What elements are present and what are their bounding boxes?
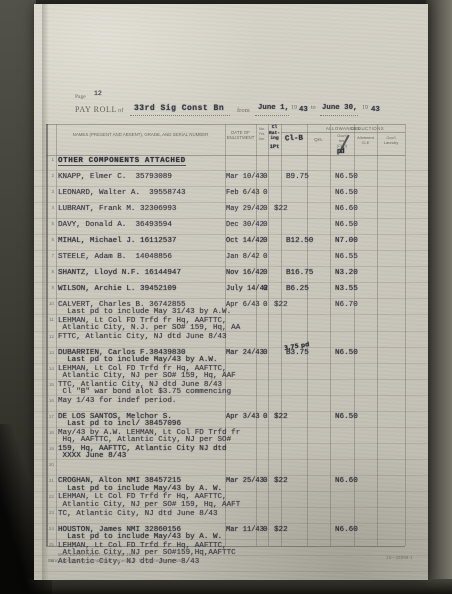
row-number: 5 — [35, 221, 54, 226]
table-row: 7 STEELE, Adam B. 14048856 Jan 8/42 0 N6… — [34, 251, 428, 267]
row-number: 22 — [35, 494, 54, 499]
row-text-line1: OTHER COMPONENTS ATTACHED — [58, 157, 186, 167]
unit-rule — [130, 114, 230, 116]
years-service: 0 — [263, 173, 268, 181]
row-text-line1: May 1/43 for indef period. — [58, 397, 176, 405]
row-text-line1: TC, Atlantic City, NJ dtd June 8/43 — [58, 510, 218, 518]
payroll-form-page: Page 12 PAY ROLL of 33rd Sig Const Bn fr… — [34, 4, 428, 580]
table-row: 1 OTHER COMPONENTS ATTACHED — [34, 155, 428, 171]
enlistment-date: Apr 6/43 — [226, 301, 260, 309]
years-service: 0 — [263, 285, 268, 293]
allowance-amount: $22 — [274, 301, 288, 309]
row-number: 3 — [35, 189, 54, 194]
table-row: 3 LEONARD, Walter A. 39558743 Feb 6/43 0… — [34, 187, 428, 203]
table-row: 18 May/43 by A.W. LEHMAN, Lt Col FD Trfd… — [34, 428, 428, 444]
years-service: 0 — [263, 301, 268, 309]
years-service: 0 — [263, 269, 268, 277]
row-number: 18 — [35, 430, 54, 435]
page-number: 12 — [94, 90, 102, 97]
row-number: 21 — [35, 478, 54, 483]
row-number: 11 — [35, 317, 54, 322]
enlistment-date: Mar 25/43 — [226, 477, 264, 485]
years-service: 0 — [263, 253, 268, 261]
enlistment-date: Apr 3/43 — [226, 413, 260, 421]
row-text-line1: MIHAL, Michael J. 16112537 — [58, 237, 176, 245]
row-text-line1: FTTC, Atlantic City, NJ dtd June 8/43 — [58, 333, 227, 341]
table-row: 5 DAVY, Donald A. 36493594 Dec 30/42 0 N… — [34, 219, 428, 235]
years-service: 0 — [263, 526, 268, 534]
years-service: 0 — [263, 189, 268, 197]
table-row: 10 CALVERT, Charles B. 36742855 Last pd … — [34, 299, 428, 315]
years-service: 0 — [263, 349, 268, 357]
row-number: 7 — [35, 253, 54, 258]
table-row: 14 LEHMAN, Lt Col FD Trfd fr Hq, AAFTTC,… — [34, 364, 428, 380]
group-header-deductions: DEDUCTIONS — [330, 126, 405, 131]
row-number: 15 — [35, 382, 54, 387]
insurance-deduction: N6.50 — [335, 189, 358, 197]
enlistment-date: Feb 6/43 — [226, 189, 260, 197]
enlistment-date: July 14/42 — [226, 285, 268, 293]
column-header-names: NAMES (PRESENT AND ABSENT), GRADE, AND S… — [58, 132, 223, 137]
class-b-amount: B9.75 — [286, 173, 309, 181]
insurance-deduction: N6.60 — [335, 477, 358, 485]
from-rule — [255, 114, 289, 116]
insurance-deduction: N7.00 — [335, 237, 358, 245]
row-text-line1: LEONARD, Walter A. 39558743 — [58, 189, 186, 197]
insurance-deduction: N6.55 — [335, 253, 358, 261]
scanned-payroll-photo: Page 12 PAY ROLL of 33rd Sig Const Bn fr… — [0, 0, 452, 594]
enlistment-date: Mar 11/43 — [226, 526, 264, 534]
table-row: 12 FTTC, Atlantic City, NJ dtd June 8/43 — [34, 332, 428, 348]
years-service: 0 — [263, 477, 268, 485]
year-print-1: 19 — [291, 105, 297, 111]
insurance-deduction: N6.60 — [335, 205, 358, 213]
row-number: 9 — [35, 285, 54, 290]
allowance-amount: $22 — [274, 413, 288, 421]
column-header-enlistment: DATE OF ENLISTMENT — [226, 130, 255, 140]
row-number: 25 — [35, 542, 54, 547]
table-row: 13 DUBARRIEN, Carlos F.38439830 Last pd … — [34, 348, 428, 364]
row-number: 14 — [35, 366, 54, 371]
form-title: PAY ROLL — [75, 105, 117, 114]
table-row: 9 WILSON, Archie L. 39452109 July 14/42 … — [34, 283, 428, 299]
photo-edge-bottom — [0, 579, 452, 594]
insurance-deduction: N6.50 — [335, 413, 358, 421]
row-number: 20 — [35, 462, 54, 467]
enlistment-date: May 29/42 — [226, 205, 264, 213]
table-row: 17 DE LOS SANTOS, Melchor S. Last pd to … — [34, 412, 428, 428]
allowance-amount: $22 — [274, 477, 288, 485]
table-row: 15 TTC, Atlantic City, NJ dtd June 8/43 … — [34, 380, 428, 396]
ink-stamp-mark: pd — [337, 148, 344, 155]
rating-stamp-1: Cl — [268, 125, 281, 130]
enlistment-date: Dec 30/42 — [226, 221, 264, 229]
payroll-rows: 1 OTHER COMPONENTS ATTACHED 2 KNAPP, Elm… — [34, 155, 428, 572]
class-b-amount: B6.25 — [286, 285, 309, 293]
table-row: 4 LUBRANT, Frank M. 32306993 May 29/42 0… — [34, 203, 428, 219]
unit-name: 33rd Sig Const Bn — [134, 104, 224, 113]
table-row: 11 LEHMAN, Lt Col FD Trfd fr Hq, AAFTTC,… — [34, 315, 428, 331]
period-from-date: June 1, — [258, 104, 289, 112]
insurance-deduction: N6.50 — [335, 221, 358, 229]
table-row: 20 — [34, 460, 428, 476]
row-number: 12 — [35, 334, 54, 339]
year-print-2: 19 — [362, 105, 368, 111]
enlistment-date: Mar 10/43 — [226, 173, 264, 181]
column-header-qrs: Qrs. — [307, 138, 330, 144]
years-service: 0 — [263, 237, 268, 245]
print-code: 16—28888-1 — [386, 555, 413, 560]
row-number: 16 — [35, 398, 54, 403]
row-number: 13 — [35, 350, 54, 355]
rating-stamp-2: Rat- — [268, 131, 281, 136]
enlistment-date: Nov 16/42 — [226, 269, 264, 277]
table-row: 19 159, Hq, AAFTTC, Atlantic City NJ dtd… — [34, 444, 428, 460]
years-service: 0 — [263, 413, 268, 421]
row-number: 17 — [35, 414, 54, 419]
insurance-deduction: N6.60 — [335, 526, 358, 534]
form-number: WAR DEPARTMENT—Form No. 366-A — [58, 552, 138, 557]
to-label: to — [311, 105, 316, 111]
years-service: 0 — [263, 221, 268, 229]
table-row: 6 MIHAL, Michael J. 16112537 Oct 14/42 0… — [34, 235, 428, 251]
table-row: 16 May 1/43 for indef period. — [34, 396, 428, 412]
class-b-amount: B16.75 — [286, 269, 313, 277]
row-number: 4 — [35, 205, 54, 210]
row-text-line1: DAVY, Donald A. 36493594 — [58, 221, 172, 229]
row-number: 1 — [35, 157, 54, 162]
column-header-laundry-2: Laundry — [377, 141, 405, 146]
table-row: 21 CROGHAN, Alton NMI 38457215 Last pd t… — [34, 476, 428, 492]
table-row: 2 KNAPP, Elmer C. 35793089 Mar 10/43 0 B… — [34, 171, 428, 187]
rating-stamp-3: ing — [268, 136, 281, 141]
row-number: 23 — [35, 510, 54, 515]
row-number: 2 — [35, 173, 54, 178]
insurance-deduction: N6.70 — [335, 301, 358, 309]
column-header-cl-b: Cl-B — [281, 135, 307, 145]
class-b-amount: B12.50 — [286, 237, 313, 245]
row-number: 6 — [35, 237, 54, 242]
period-to-year: 43 — [371, 106, 380, 114]
allowance-amount: $22 — [274, 205, 288, 213]
photo-edge-right — [426, 0, 452, 594]
row-number: 8 — [35, 269, 54, 274]
enlistment-date: Mar 24/43 — [226, 349, 264, 357]
row-text-line1: WILSON, Archie L. 39452109 — [58, 285, 176, 293]
page-label: Page — [75, 94, 86, 100]
row-number: 24 — [35, 526, 54, 531]
enlistment-date: Oct 14/42 — [226, 237, 264, 245]
table-row: 24 HOUSTON, James NMI 32860156 Last pd t… — [34, 524, 428, 540]
row-number: 10 — [35, 301, 54, 306]
table-row: 23 TC, Atlantic City, NJ dtd June 8/43 — [34, 508, 428, 524]
row-number: 19 — [35, 446, 54, 451]
table-row: 8 SHANTZ, Lloyd N.F. 16144947 Nov 16/42 … — [34, 267, 428, 283]
to-rule — [320, 114, 358, 116]
of-label: of — [118, 107, 123, 114]
period-to-date: June 30, — [322, 104, 357, 112]
insurance-deduction: N6.50 — [335, 173, 358, 181]
period-from-year: 43 — [299, 106, 308, 114]
years-service: 0 — [263, 205, 268, 213]
column-header-allot-2: Cl-E — [354, 141, 377, 146]
row-text-line1: LUBRANT, Frank M. 32306993 — [58, 205, 176, 213]
table-row: 22 LEHMAN, Lt Col FD Trfd fr Hq, AAFTTC,… — [34, 492, 428, 508]
insurance-deduction: N3.55 — [335, 285, 358, 293]
form-approval: Form approved by Comptroller General, U.… — [48, 558, 186, 563]
row-text-line1: SHANTZ, Lloyd N.F. 16144947 — [58, 269, 181, 277]
allowance-amount: $22 — [274, 526, 288, 534]
enlistment-date: Jan 8/42 — [226, 253, 260, 261]
from-label: from — [237, 107, 250, 114]
insurance-deduction: N6.50 — [335, 349, 358, 357]
column-header-yrs-3: Ser. — [257, 137, 268, 141]
insurance-deduction: N3.20 — [335, 269, 358, 277]
rating-stamp-points: 1Pt — [268, 144, 281, 150]
row-text-line1: KNAPP, Elmer C. 35793089 — [58, 173, 172, 181]
row-text-line1: STEELE, Adam B. 14048856 — [58, 253, 172, 261]
